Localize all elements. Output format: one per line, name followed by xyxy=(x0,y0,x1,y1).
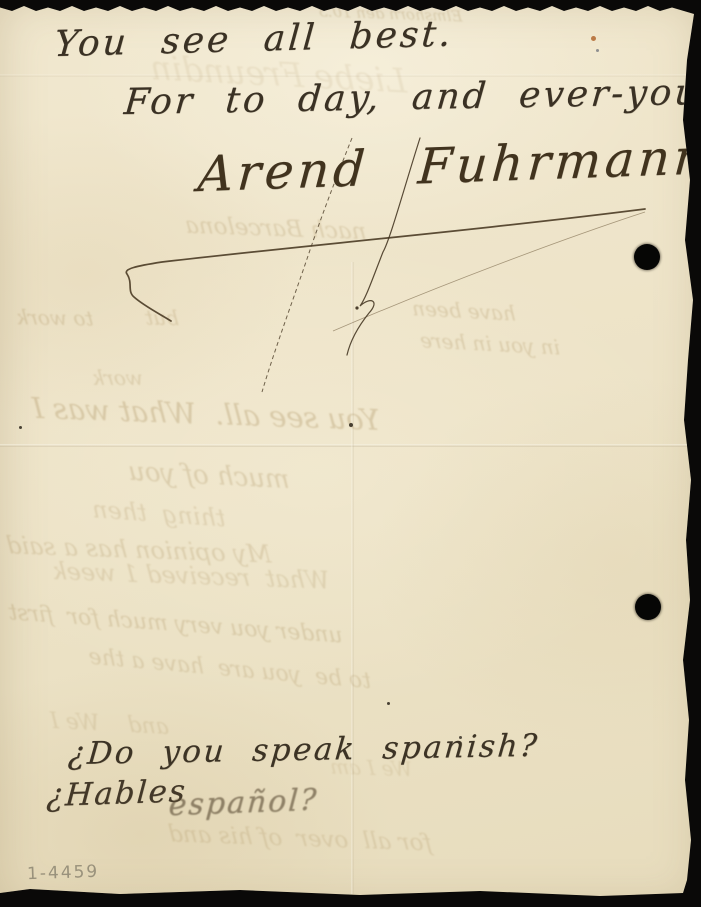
bleedthrough-line: in you in here xyxy=(419,328,560,359)
bleedthrough-line: Elmshorn den 10.3 xyxy=(317,2,462,25)
closing-line-1: You see all best. xyxy=(53,14,455,66)
bleedthrough-line: and We I xyxy=(49,709,169,740)
closing-line-2: For to day, and ever-yours xyxy=(122,71,701,123)
descending-stroke-right xyxy=(347,138,420,355)
paper-sheet: Elmshorn den 10.3Liebe Freundinnach Barc… xyxy=(0,0,701,907)
bleedthrough-line: My opinion has a said xyxy=(5,531,272,568)
catalog-number: 1-4459 xyxy=(27,862,100,885)
bleedthrough-line: nach Barcelona xyxy=(184,213,367,245)
bleedthrough-line: but xyxy=(144,306,180,331)
bleedthrough-line: What received 1 week xyxy=(51,557,330,595)
signature: Arend Fuhrmann xyxy=(196,128,701,203)
bleedthrough-line: have been xyxy=(411,296,516,326)
underline-flourish-stroke xyxy=(126,209,645,321)
spanish-question-english: ¿Do you speak spanish? xyxy=(67,728,541,772)
paper-speck xyxy=(387,702,390,705)
paper-speck xyxy=(591,36,596,41)
scanned-letter-page: Elmshorn den 10.3Liebe Freundinnach Barc… xyxy=(0,0,701,907)
upper-fold-crease xyxy=(0,74,701,77)
bleedthrough-line: under you very much for first xyxy=(8,600,343,648)
bleedthrough-line: thing then xyxy=(92,495,226,532)
bleedthrough-line: We I am xyxy=(329,755,413,782)
bleedthrough-line: to be you are have a the xyxy=(88,645,371,695)
bleedthrough-line: to work xyxy=(15,305,94,330)
bleedthrough-line: for all over of his and xyxy=(167,821,433,856)
vertical-fold-crease xyxy=(351,262,354,894)
bleedthrough-line: much of you xyxy=(127,457,290,496)
descending-stroke-left xyxy=(262,138,352,392)
spanish-question-word-1: ¿Hables xyxy=(45,773,188,814)
return-flourish-stroke xyxy=(333,212,645,331)
paper-speck xyxy=(596,49,599,52)
paper-speck xyxy=(459,736,462,739)
ink-blob xyxy=(355,306,358,309)
bleedthrough-line: You see all. What was I xyxy=(31,391,381,437)
bleedthrough-line: work xyxy=(91,366,144,390)
paper-speck xyxy=(19,426,22,429)
spanish-question-word-2: español? xyxy=(168,783,320,823)
